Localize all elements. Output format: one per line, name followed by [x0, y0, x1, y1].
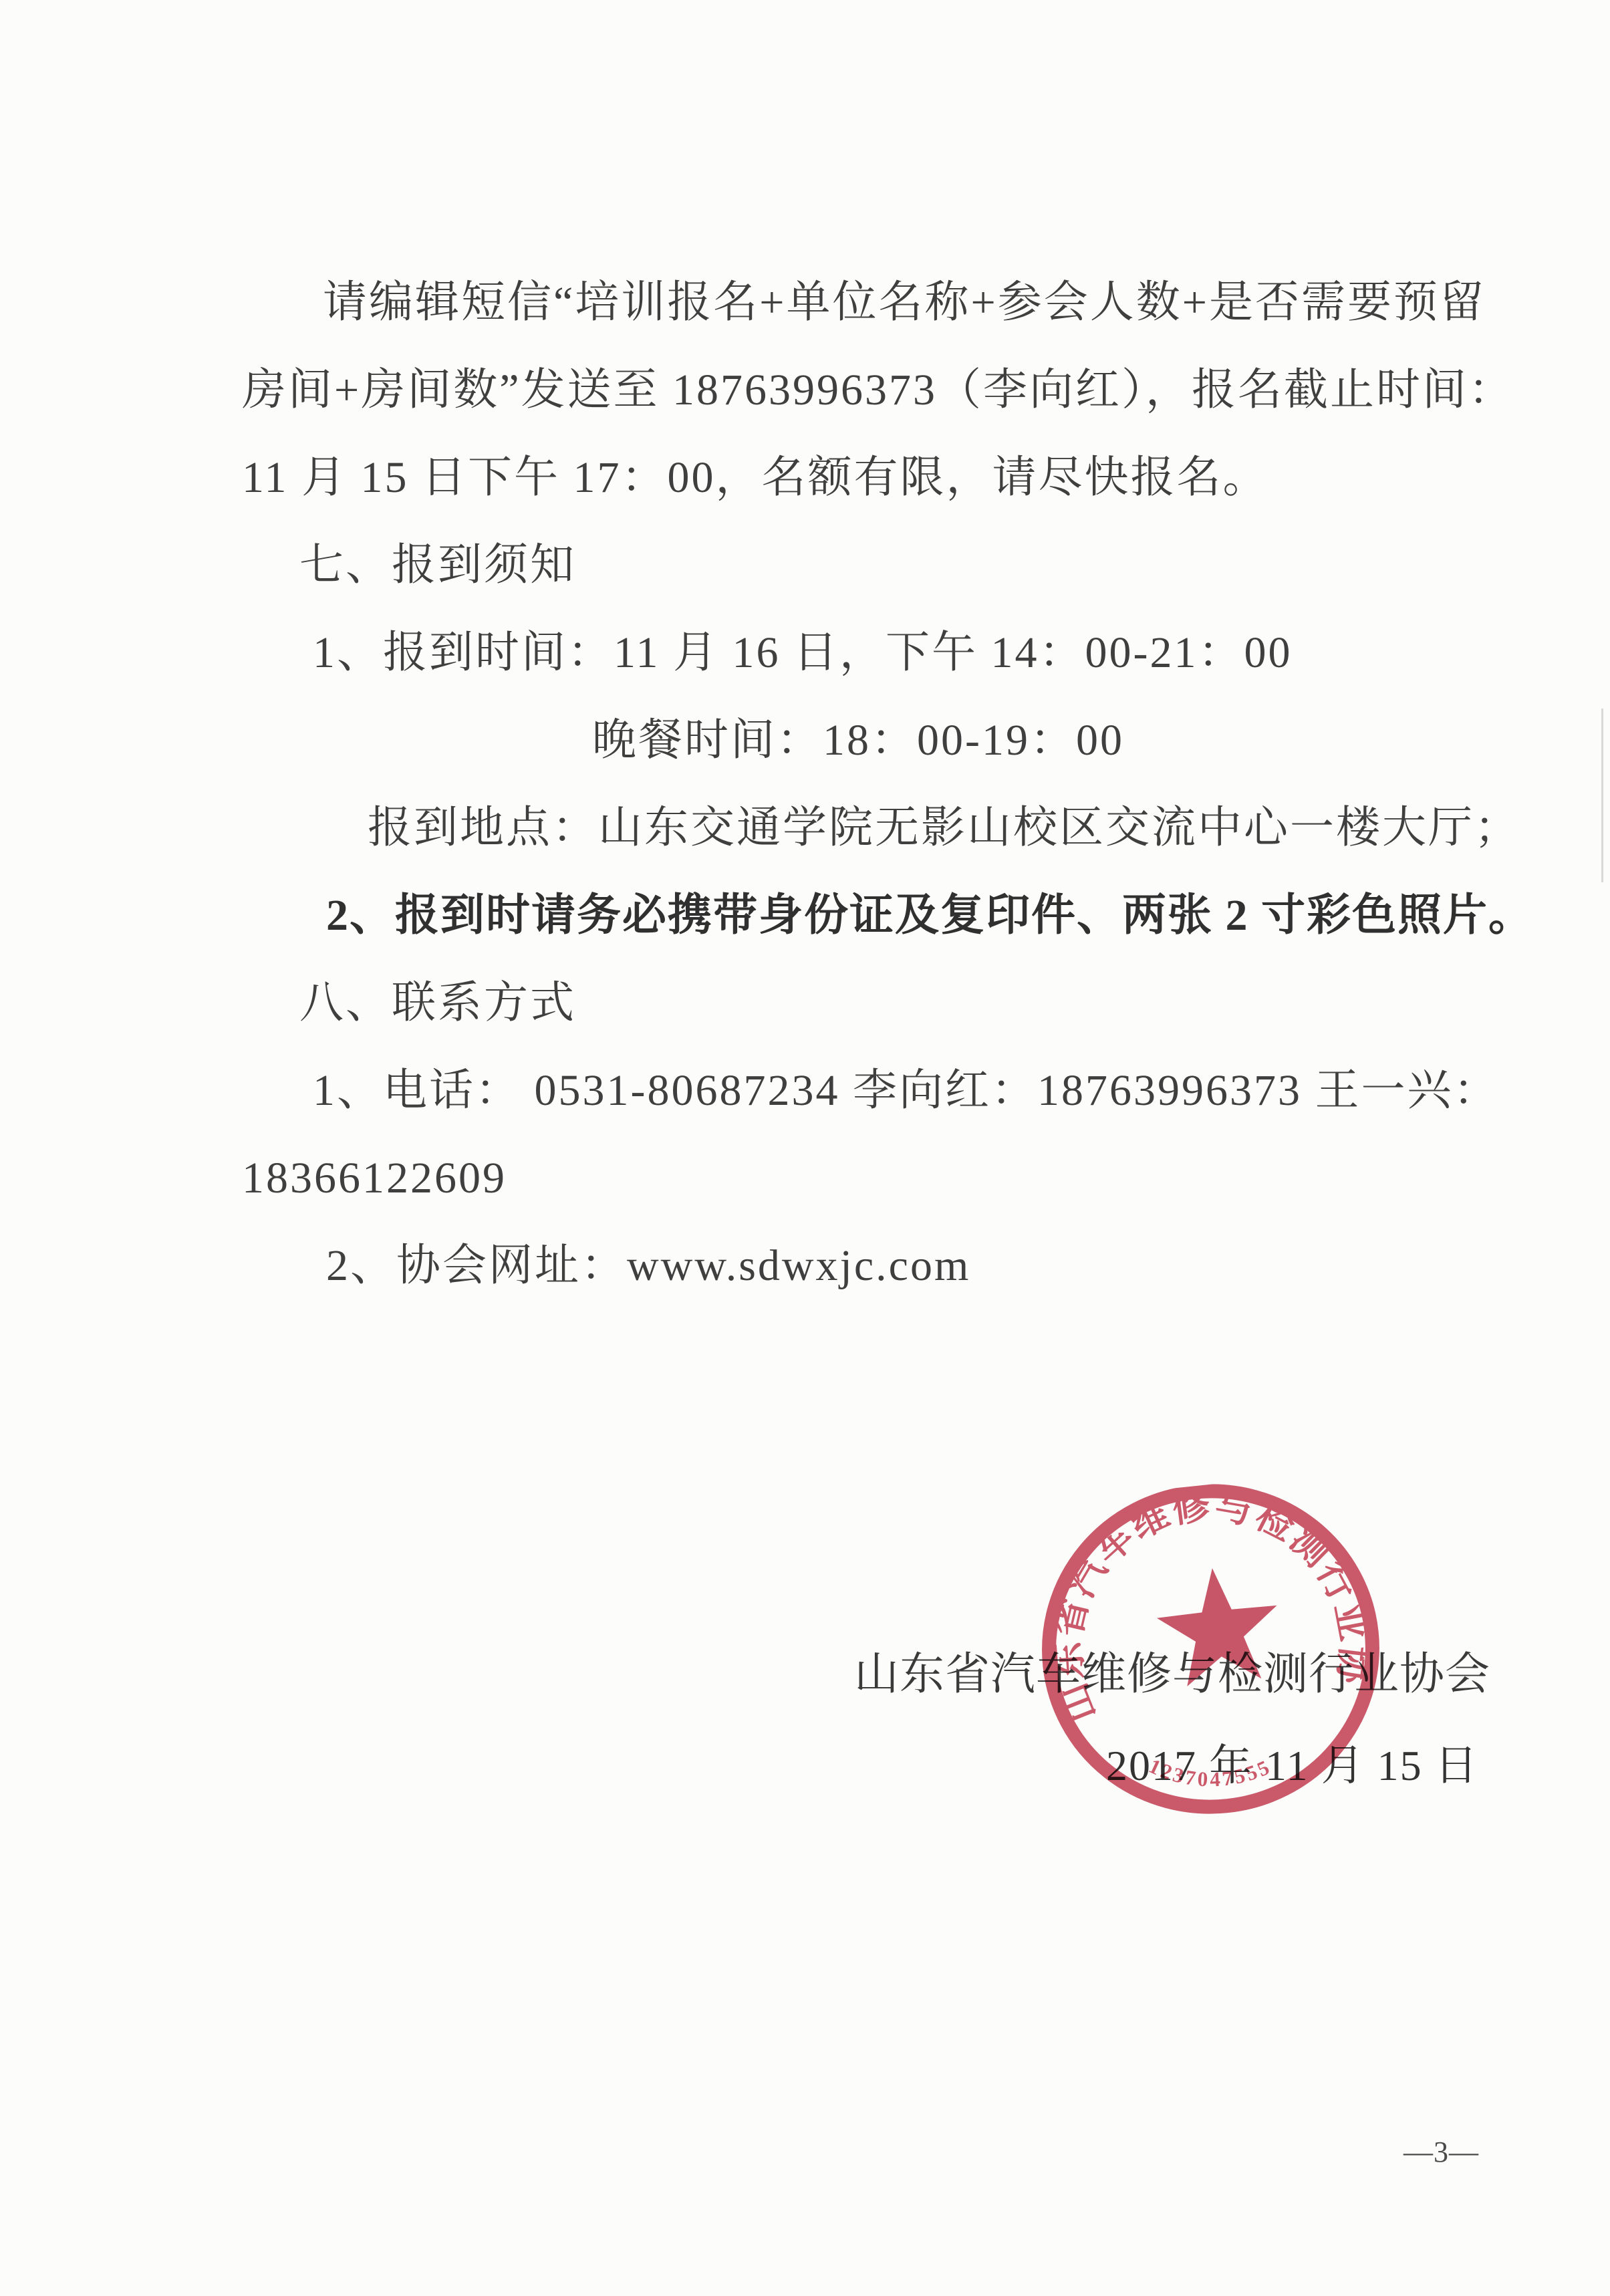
scan-artifact-line [1601, 709, 1603, 882]
contact-line-2: 18366122609 [242, 1156, 507, 1200]
star-icon [1152, 1562, 1285, 1689]
official-seal: 山东省汽车维修与检测行业协会 1237047555 [1021, 1468, 1401, 1837]
checkin-note-bold-line: 2、报到时请务必携带身份证及复印件、两张 2 寸彩色照片。 [326, 894, 1534, 938]
seal-code-text: 1237047555 [1144, 1742, 1277, 1799]
document-page: 请编辑短信“培训报名+单位名称+参会人数+是否需要预留 房间+房间数”发送至 1… [0, 0, 1610, 2296]
body-line-1: 请编辑短信“培训报名+单位名称+参会人数+是否需要预留 [323, 281, 1486, 325]
section-8-heading: 八、联系方式 [299, 981, 576, 1025]
section-7-heading: 七、报到须知 [299, 543, 576, 588]
seal-ring-text: 山东省汽车维修与检测行业协会 [1021, 1468, 1380, 1732]
body-line-2: 房间+房间数”发送至 18763996373（李向红），报名截止时间： [242, 368, 1514, 412]
page-number: —3— [1403, 2138, 1479, 2167]
website-line: 2、协会网址：www.sdwxjc.com [326, 1244, 970, 1288]
contact-line-1: 1、电话： 0531-80687234 李向红：18763996373 王一兴： [313, 1069, 1499, 1113]
checkin-place-line: 报到地点：山东交通学院无影山校区交流中心一楼大厅； [368, 806, 1520, 850]
dinner-time-line: 晚餐时间：18：00-19：00 [592, 719, 1124, 763]
body-line-3: 11 月 15 日下午 17：00，名额有限，请尽快报名。 [242, 456, 1269, 500]
checkin-time-line: 1、报到时间：11 月 16 日，下午 14：00-21：00 [313, 631, 1293, 675]
